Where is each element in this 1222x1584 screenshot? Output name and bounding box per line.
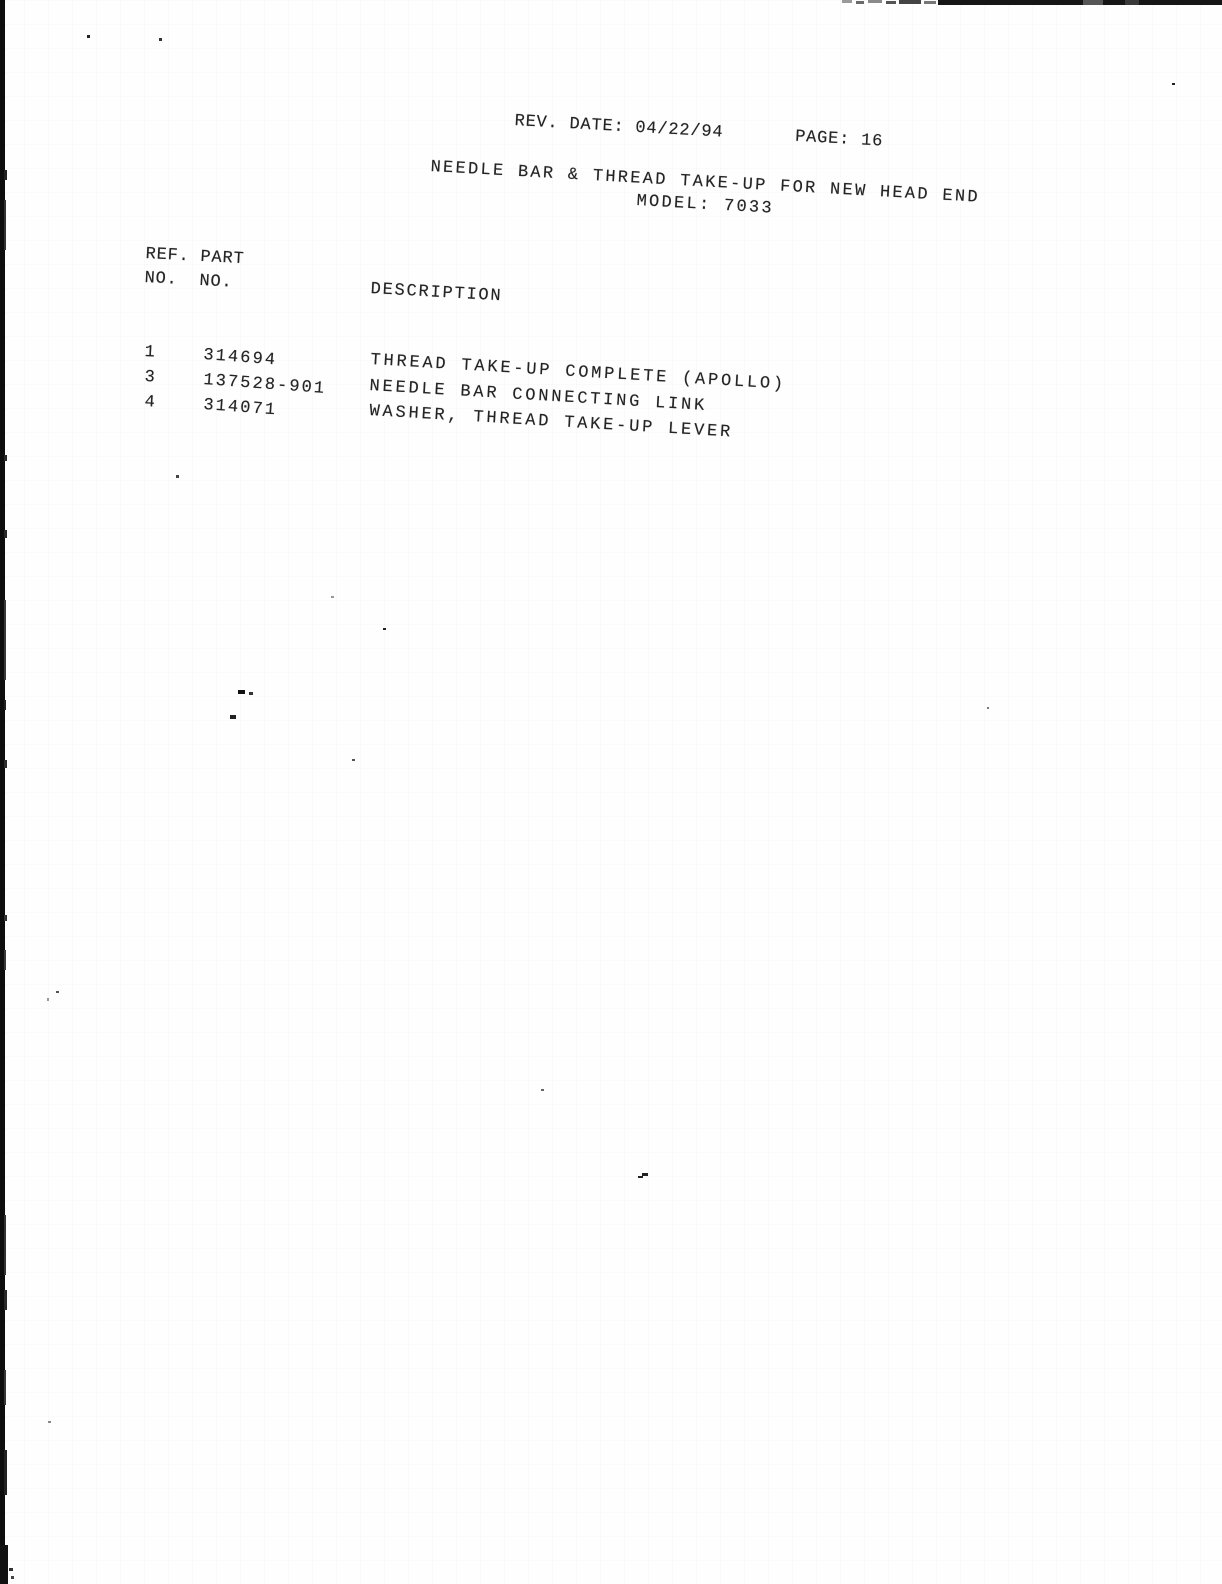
scan-bar-nub	[4, 600, 6, 680]
scan-speck	[987, 707, 989, 709]
rev-date-label: REV. DATE:	[514, 112, 636, 138]
top-edge-scan-band	[1083, 0, 1103, 5]
top-edge-scan-band	[938, 0, 1222, 5]
top-edge-scan-band	[924, 1, 936, 4]
scan-bar-nub	[4, 170, 7, 180]
top-edge-scan-band	[868, 0, 882, 3]
scan-speck	[56, 991, 59, 993]
scan-speck	[176, 475, 179, 478]
part-no-cell: 314694	[203, 347, 278, 369]
rev-date-value: 04/22/94	[635, 119, 724, 143]
part-no-cell: 314071	[203, 397, 278, 419]
scanned-parts-list-page: REV. DATE: 04/22/94PAGE: 16 NEEDLE BAR &…	[0, 0, 1222, 1584]
page-number: 16	[861, 131, 884, 151]
scan-bar-nub	[4, 1215, 6, 1275]
scan-bar-nub	[0, 1545, 8, 1584]
scan-bar-nub	[4, 1450, 7, 1495]
header-gap	[723, 137, 795, 141]
scan-speck	[48, 1421, 51, 1423]
scan-speck	[47, 998, 49, 1001]
scan-speck	[1172, 83, 1175, 85]
column-header-ref-part: REF. PART	[145, 246, 245, 268]
scan-speck	[642, 1173, 648, 1176]
scan-speck	[87, 35, 90, 38]
top-edge-scan-band	[886, 1, 896, 4]
scan-bar-nub	[4, 455, 7, 461]
scan-bar-nub	[4, 760, 7, 768]
scan-bar-nub	[4, 950, 6, 970]
ref-no-cell: 3	[144, 369, 155, 387]
scan-speck	[249, 692, 253, 695]
column-header-description: DESCRIPTION	[370, 281, 503, 305]
scan-speck	[159, 38, 162, 41]
model-label: MODEL:	[636, 192, 724, 216]
scan-bar-nub	[4, 915, 7, 921]
scan-speck	[383, 628, 386, 630]
page-label: PAGE:	[795, 128, 862, 151]
model-number: 7033	[723, 197, 774, 219]
rev-date-line: REV. DATE: 04/22/94PAGE: 16	[514, 113, 883, 151]
top-edge-scan-band	[856, 1, 864, 4]
top-edge-scan-band	[899, 0, 921, 4]
scan-bar-nub	[4, 200, 6, 250]
scan-speck	[352, 759, 355, 761]
scan-speck	[541, 1089, 544, 1091]
scan-bar-nub	[4, 530, 7, 538]
left-edge-scan-bar	[0, 0, 5, 1584]
top-edge-scan-band	[842, 0, 852, 3]
column-header-no-no: NO. NO.	[144, 270, 233, 292]
scan-speck	[9, 1568, 13, 1571]
ref-no-cell: 4	[144, 394, 155, 412]
ref-no-cell: 1	[144, 344, 155, 362]
scan-speck	[238, 690, 245, 694]
scan-speck	[230, 715, 236, 719]
scan-bar-nub	[4, 1370, 6, 1405]
model-line: MODEL: 7033	[636, 193, 774, 218]
top-edge-scan-band	[1125, 0, 1139, 5]
scan-speck	[331, 596, 334, 598]
part-no-cell: 137528-901	[203, 372, 327, 398]
scan-bar-nub	[4, 700, 6, 710]
scan-speck	[638, 1176, 643, 1178]
scan-speck	[11, 1576, 14, 1579]
scan-bar-nub	[4, 1290, 7, 1310]
